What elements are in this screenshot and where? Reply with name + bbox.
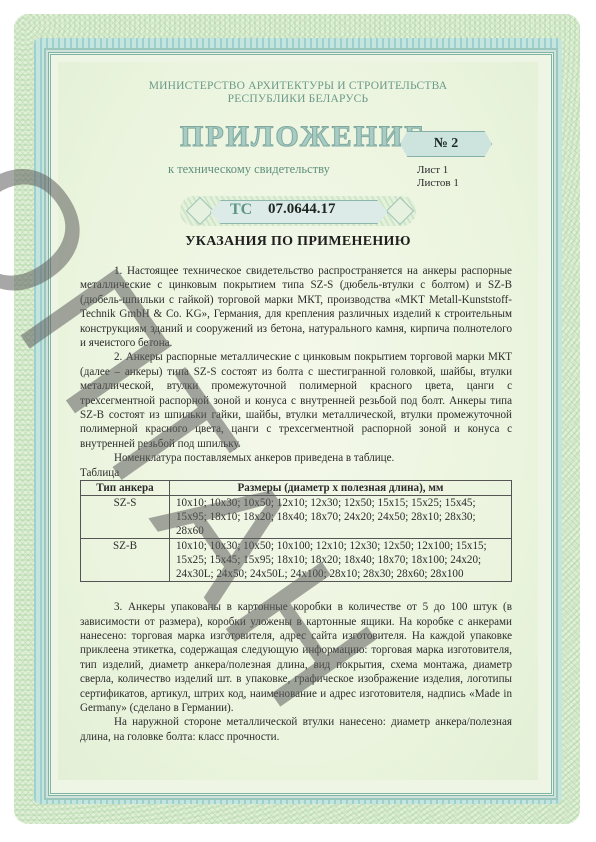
appendix-subtitle: к техническому свидетельству xyxy=(168,162,330,177)
anchor-type-cell: SZ-S xyxy=(81,496,170,539)
anchor-type-cell: SZ-B xyxy=(81,539,170,582)
appendix-title: ПРИЛОЖЕНИЕ xyxy=(180,120,426,154)
paragraph-2: 2. Анкеры распорные металлические с цинк… xyxy=(80,350,512,451)
paragraph-4: На наружной стороне металлической втулки… xyxy=(80,715,512,744)
column-header-sizes: Размеры (диаметр х полезная длина), мм xyxy=(170,481,512,496)
paragraph-3: 3. Анкеры упакованы в картонные коробки … xyxy=(80,600,512,715)
anchor-sizes-cell: 10x10; 10x30; 10x50; 10x100; 12x10; 12x3… xyxy=(170,539,512,582)
sheet-info: Лист 1 Листов 1 xyxy=(417,164,459,190)
paragraph-1: 1. Настоящее техническое свидетельство р… xyxy=(80,264,512,350)
column-header-type: Тип анкера xyxy=(81,481,170,496)
sheet-number: Лист 1 xyxy=(417,164,459,177)
section-heading: УКАЗАНИЯ ПО ПРИМЕНЕНИЮ xyxy=(0,234,596,250)
ministry-header: МИНИСТЕРСТВО АРХИТЕКТУРЫ И СТРОИТЕЛЬСТВА… xyxy=(0,80,596,106)
tc-number: 07.0644.17 xyxy=(268,201,336,218)
table-header-row: Тип анкера Размеры (диаметр х полезная д… xyxy=(81,481,512,496)
sheets-total: Листов 1 xyxy=(417,177,459,190)
appendix-number: № 2 xyxy=(434,136,459,152)
document-body: 1. Настоящее техническое свидетельство р… xyxy=(80,264,512,744)
ministry-line-2: РЕСПУБЛИКИ БЕЛАРУСЬ xyxy=(0,93,596,106)
table-caption: Таблица xyxy=(80,466,512,480)
tc-label: ТС xyxy=(230,201,252,219)
appendix-number-badge: № 2 xyxy=(400,131,492,157)
table-row: SZ-S 10x10; 10x30; 10x50; 12x10; 12x30; … xyxy=(81,496,512,539)
ministry-line-1: МИНИСТЕРСТВО АРХИТЕКТУРЫ И СТРОИТЕЛЬСТВА xyxy=(0,80,596,93)
anchor-sizes-table: Тип анкера Размеры (диаметр х полезная д… xyxy=(80,480,512,582)
table-row: SZ-B 10x10; 10x30; 10x50; 10x100; 12x10;… xyxy=(81,539,512,582)
paragraph-nomenclature: Номенклатура поставляемых анкеров привед… xyxy=(80,451,512,465)
anchor-sizes-cell: 10x10; 10x30; 10x50; 12x10; 12x30; 12x50… xyxy=(170,496,512,539)
